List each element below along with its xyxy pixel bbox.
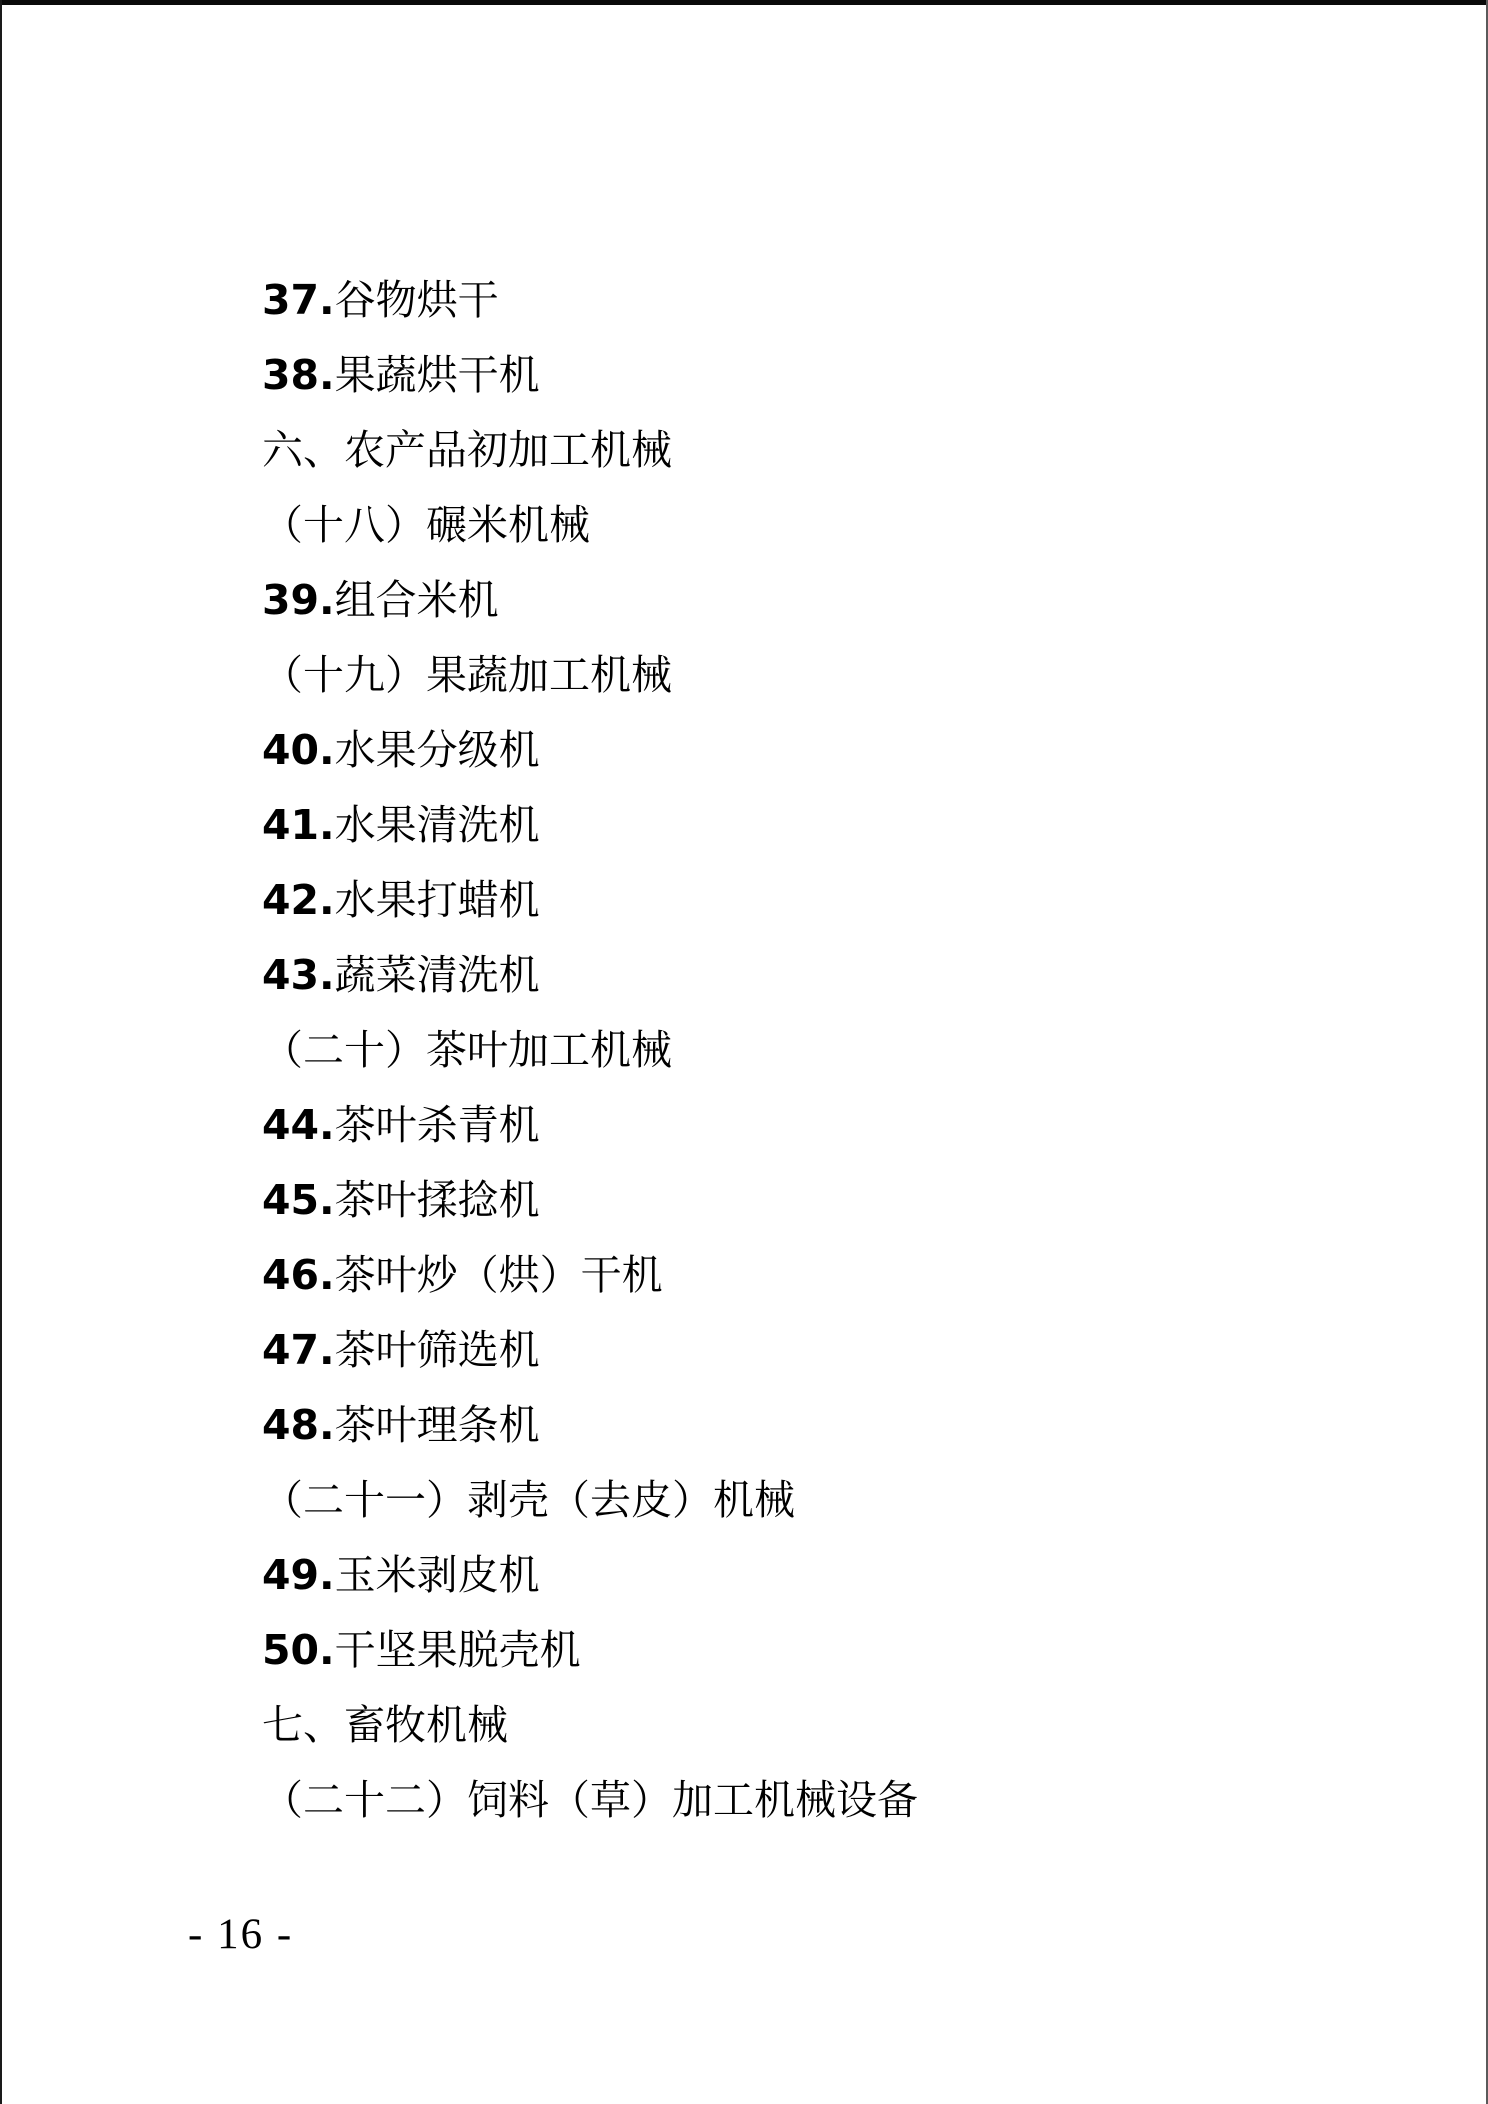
list-item: 49.玉米剥皮机 bbox=[262, 1538, 1468, 1613]
item-text: 谷物烘干 bbox=[335, 277, 499, 323]
item-text: 玉米剥皮机 bbox=[335, 1552, 540, 1598]
subsection-title: （二十一）剥壳（去皮）机械 bbox=[262, 1477, 795, 1523]
list-item: 46.茶叶炒（烘）干机 bbox=[262, 1238, 1468, 1313]
item-text: 茶叶揉捻机 bbox=[335, 1177, 540, 1223]
list-item: 48.茶叶理条机 bbox=[262, 1388, 1468, 1463]
item-number: 41. bbox=[262, 801, 335, 849]
list-item: 39.组合米机 bbox=[262, 563, 1468, 638]
list-item: 43.蔬菜清洗机 bbox=[262, 938, 1468, 1013]
item-text: 茶叶理条机 bbox=[335, 1402, 540, 1448]
item-number: 38. bbox=[262, 351, 335, 399]
top-border-bar bbox=[0, 0, 1488, 5]
item-number: 47. bbox=[262, 1326, 335, 1374]
section-header: 六、农产品初加工机械 bbox=[262, 413, 1468, 488]
list-item: 40.水果分级机 bbox=[262, 713, 1468, 788]
item-number: 46. bbox=[262, 1251, 335, 1299]
section-title: 六、农产品初加工机械 bbox=[262, 427, 672, 473]
item-text: 水果分级机 bbox=[335, 727, 540, 773]
list-item: 38.果蔬烘干机 bbox=[262, 338, 1468, 413]
list-item: 42.水果打蜡机 bbox=[262, 863, 1468, 938]
item-number: 42. bbox=[262, 876, 335, 924]
item-number: 48. bbox=[262, 1401, 335, 1449]
item-text: 蔬菜清洗机 bbox=[335, 952, 540, 998]
item-number: 49. bbox=[262, 1551, 335, 1599]
page-number: - 16 - bbox=[188, 1910, 293, 1959]
item-number: 43. bbox=[262, 951, 335, 999]
item-text: 茶叶炒（烘）干机 bbox=[335, 1252, 663, 1298]
item-number: 50. bbox=[262, 1626, 335, 1674]
list-item: 47.茶叶筛选机 bbox=[262, 1313, 1468, 1388]
list-item: 50.干坚果脱壳机 bbox=[262, 1613, 1468, 1688]
subsection-title: （十九）果蔬加工机械 bbox=[262, 652, 672, 698]
subsection-title: （二十）茶叶加工机械 bbox=[262, 1027, 672, 1073]
list-item: 45.茶叶揉捻机 bbox=[262, 1163, 1468, 1238]
item-number: 45. bbox=[262, 1176, 335, 1224]
item-number: 40. bbox=[262, 726, 335, 774]
left-border-line bbox=[0, 0, 2, 2104]
subsection-header: （十九）果蔬加工机械 bbox=[262, 638, 1468, 713]
item-number: 44. bbox=[262, 1101, 335, 1149]
subsection-title: （十八）碾米机械 bbox=[262, 502, 590, 548]
item-number: 39. bbox=[262, 576, 335, 624]
subsection-header: （二十二）饲料（草）加工机械设备 bbox=[262, 1763, 1468, 1838]
item-text: 茶叶杀青机 bbox=[335, 1102, 540, 1148]
item-text: 组合米机 bbox=[335, 577, 499, 623]
document-body: 37.谷物烘干 38.果蔬烘干机 六、农产品初加工机械 （十八）碾米机械 39.… bbox=[262, 263, 1468, 1838]
section-header: 七、畜牧机械 bbox=[262, 1688, 1468, 1763]
list-item: 37.谷物烘干 bbox=[262, 263, 1468, 338]
subsection-title: （二十二）饲料（草）加工机械设备 bbox=[262, 1777, 918, 1823]
subsection-header: （二十一）剥壳（去皮）机械 bbox=[262, 1463, 1468, 1538]
item-text: 干坚果脱壳机 bbox=[335, 1627, 581, 1673]
item-text: 果蔬烘干机 bbox=[335, 352, 540, 398]
document-page: 37.谷物烘干 38.果蔬烘干机 六、农产品初加工机械 （十八）碾米机械 39.… bbox=[0, 0, 1488, 2104]
item-text: 水果打蜡机 bbox=[335, 877, 540, 923]
section-title: 七、畜牧机械 bbox=[262, 1702, 508, 1748]
item-text: 茶叶筛选机 bbox=[335, 1327, 540, 1373]
item-number: 37. bbox=[262, 276, 335, 324]
list-item: 41.水果清洗机 bbox=[262, 788, 1468, 863]
list-item: 44.茶叶杀青机 bbox=[262, 1088, 1468, 1163]
item-text: 水果清洗机 bbox=[335, 802, 540, 848]
subsection-header: （二十）茶叶加工机械 bbox=[262, 1013, 1468, 1088]
subsection-header: （十八）碾米机械 bbox=[262, 488, 1468, 563]
